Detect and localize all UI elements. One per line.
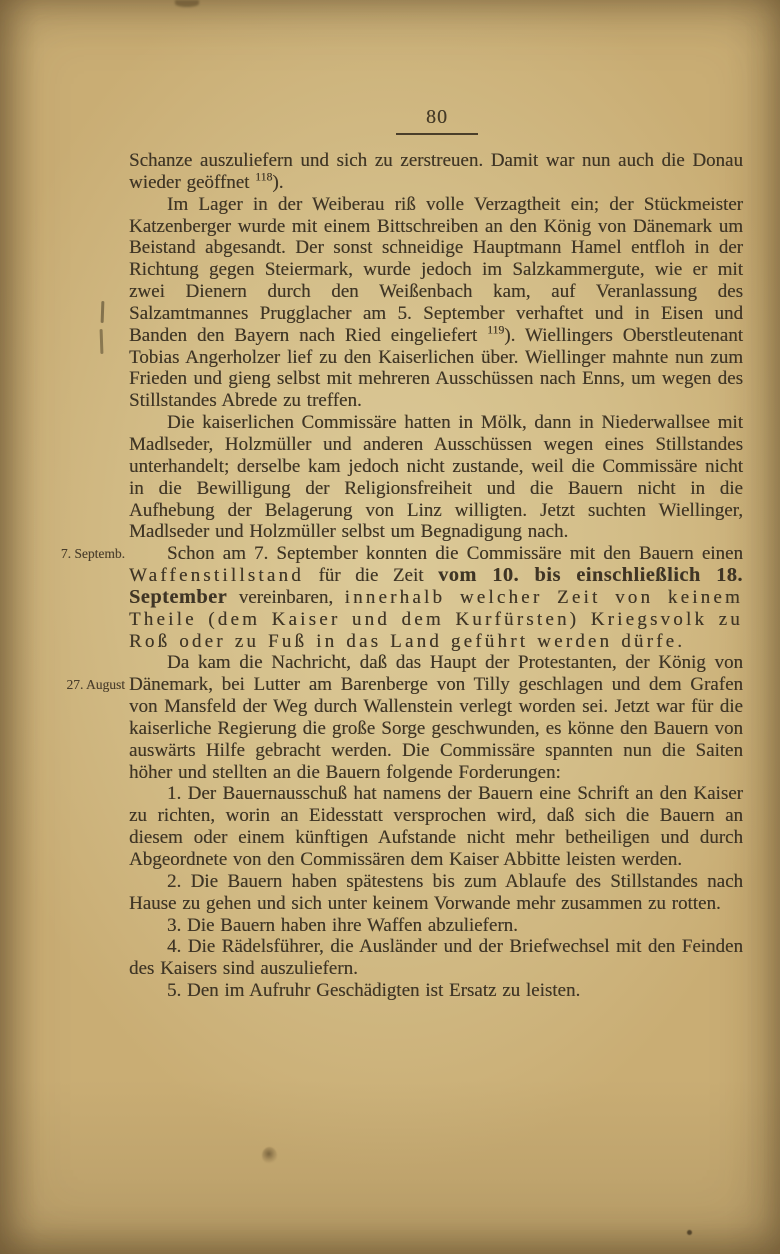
margin-note-1: 7. Septemb. — [26, 546, 125, 562]
list-item-1: 1. Der Bauernausschuß hat namens der Bau… — [129, 783, 743, 870]
list-item-3: 3. Die Bauern haben ihre Waffen abzulief… — [129, 915, 743, 937]
text-run: 2. Die Bauern haben spätestens bis zum A… — [129, 871, 743, 914]
page-number: 80 — [390, 106, 484, 129]
paragraph-2: Im Lager in der Weiberau riß volle Verza… — [129, 194, 743, 412]
text-run: für die Zeit — [304, 565, 438, 586]
text-run: 3. Die Bauern haben ihre Waffen abzulief… — [167, 915, 518, 936]
text-run: 1. Der Bauernausschuß hat namens der Bau… — [129, 783, 743, 870]
text-run: Schon am 7. September konnten die Commis… — [167, 543, 743, 564]
text-run: Waffenstillstand — [129, 565, 304, 586]
margin-pencil-tick — [100, 329, 104, 354]
text-run: 5. Den im Aufruhr Geschädigten ist Ersat… — [167, 980, 580, 1001]
margin-pencil-tick — [101, 301, 105, 323]
page-number-rule — [396, 133, 478, 135]
list-item-4: 4. Die Rädelsführer, die Ausländer und d… — [129, 936, 743, 980]
page-header: 80 — [390, 106, 484, 135]
text-run: vereinbaren, — [227, 587, 344, 608]
paragraph-1: Schanze auszuliefern und sich zu zerstre… — [129, 150, 743, 194]
book-page: 80 7. Septemb. 27. August Schanze auszul… — [0, 0, 780, 1254]
text-run: 4. Die Rädelsführer, die Ausländer und d… — [129, 936, 743, 979]
footnote-ref: 119 — [487, 323, 504, 336]
ink-dot — [687, 1230, 692, 1235]
paragraph-3: Die kaiserlichen Commissäre hatten in Mö… — [129, 412, 743, 543]
text-run: ). — [272, 172, 283, 193]
paragraph-4: Schon am 7. September konnten die Commis… — [129, 543, 743, 652]
scan-smudge — [175, 0, 199, 7]
margin-note-2: 27. August — [26, 677, 125, 693]
paragraph-5: Da kam die Nachricht, daß das Haupt der … — [129, 652, 743, 783]
list-item-5: 5. Den im Aufruhr Geschädigten ist Ersat… — [129, 980, 743, 1002]
text-run: Schanze auszuliefern und sich zu zerstre… — [129, 150, 743, 193]
paper-stain — [262, 1147, 277, 1164]
footnote-ref: 118 — [255, 171, 272, 184]
text-run: Die kaiserlichen Commissäre hatten in Mö… — [129, 412, 743, 542]
text-run: Da kam die Nachricht, daß das Haupt der … — [129, 652, 743, 782]
list-item-2: 2. Die Bauern haben spätestens bis zum A… — [129, 871, 743, 915]
text-run: Im Lager in der Weiberau riß volle Verza… — [129, 194, 743, 346]
text-block: Schanze auszuliefern und sich zu zerstre… — [129, 150, 743, 1002]
